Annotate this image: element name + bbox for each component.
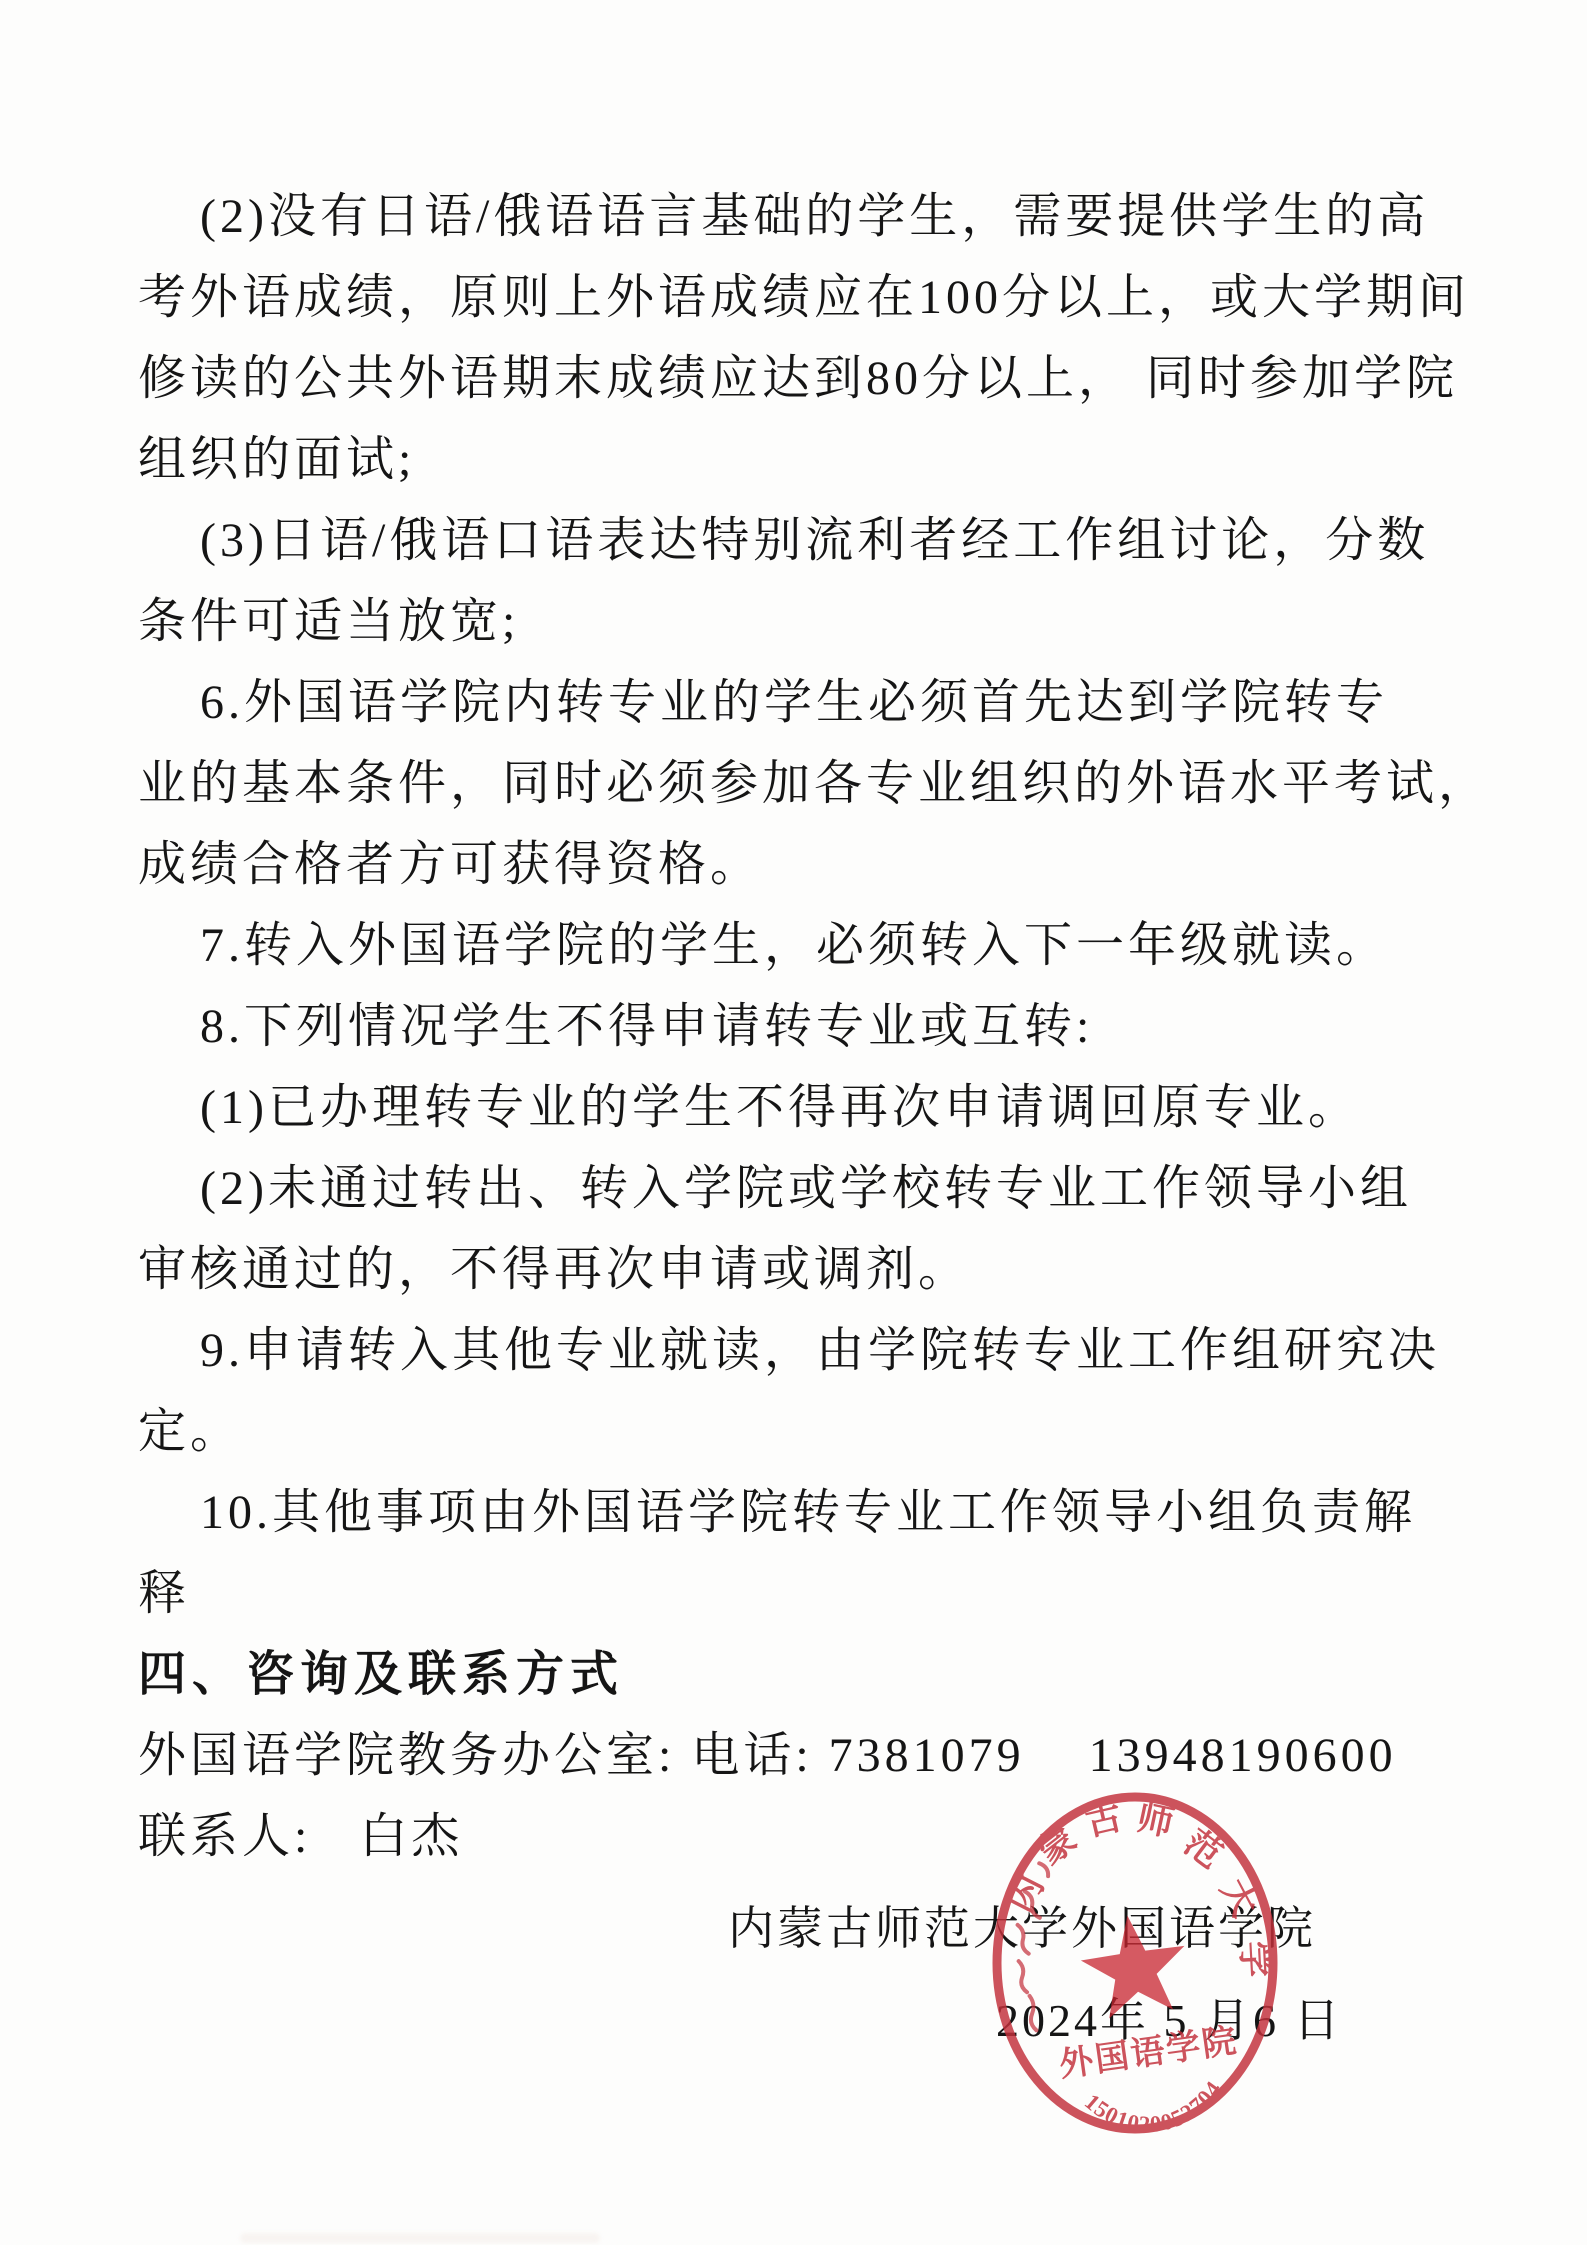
body-line: 组织的面试;	[138, 419, 1558, 500]
body-line: 8.下列情况学生不得申请转专业或互转:	[138, 986, 1558, 1067]
document-body: (2)没有日语/俄语语言基础的学生，需要提供学生的高 考外语成绩，原则上外语成绩…	[138, 176, 1558, 1877]
contact-phone-line: 外国语学院教务办公室: 电话: 7381079 13948190600	[138, 1715, 1558, 1796]
contact-person-line: 联系人: 白杰	[138, 1796, 1558, 1877]
body-line: 定。	[138, 1391, 1558, 1472]
body-line: 条件可适当放宽;	[138, 581, 1558, 662]
document-page: (2)没有日语/俄语语言基础的学生，需要提供学生的高 考外语成绩，原则上外语成绩…	[0, 0, 1587, 2245]
body-line: 6.外国语学院内转专业的学生必须首先达到学院转专	[138, 662, 1558, 743]
body-line: 修读的公共外语期末成绩应达到80分以上， 同时参加学院	[138, 338, 1558, 419]
signature-organization: 内蒙古师范大学外国语学院	[728, 1892, 1316, 1958]
body-line: 10.其他事项由外国语学院转专业工作领导小组负责解	[138, 1472, 1558, 1553]
body-line: 9.申请转入其他专业就读，由学院转专业工作组研究决	[138, 1310, 1558, 1391]
body-line: (2)未通过转出、转入学院或学校转专业工作领导小组	[138, 1148, 1558, 1229]
body-line: (3)日语/俄语口语表达特别流利者经工作组讨论，分数	[138, 500, 1558, 581]
body-line: (2)没有日语/俄语语言基础的学生，需要提供学生的高	[138, 176, 1558, 257]
body-line: 7.转入外国语学院的学生，必须转入下一年级就读。	[138, 905, 1558, 986]
body-line: 审核通过的，不得再次申请或调剂。	[138, 1229, 1558, 1310]
section-heading: 四、咨询及联系方式	[138, 1634, 1558, 1715]
body-line: 考外语成绩，原则上外语成绩应在100分以上，或大学期间	[138, 257, 1558, 338]
seal-number: 1501020052704	[1078, 2071, 1232, 2147]
body-line: 释	[138, 1553, 1558, 1634]
signature-date: 2024年 5 月6 日	[996, 1984, 1343, 2050]
scan-bleed-artifact	[240, 2233, 600, 2243]
body-line: 成绩合格者方可获得资格。	[138, 824, 1558, 905]
body-line: 业的基本条件，同时必须参加各专业组织的外语水平考试，	[138, 743, 1558, 824]
seal-number-text: 1501020052704	[1078, 2071, 1232, 2147]
body-line: (1)已办理转专业的学生不得再次申请调回原专业。	[138, 1067, 1558, 1148]
